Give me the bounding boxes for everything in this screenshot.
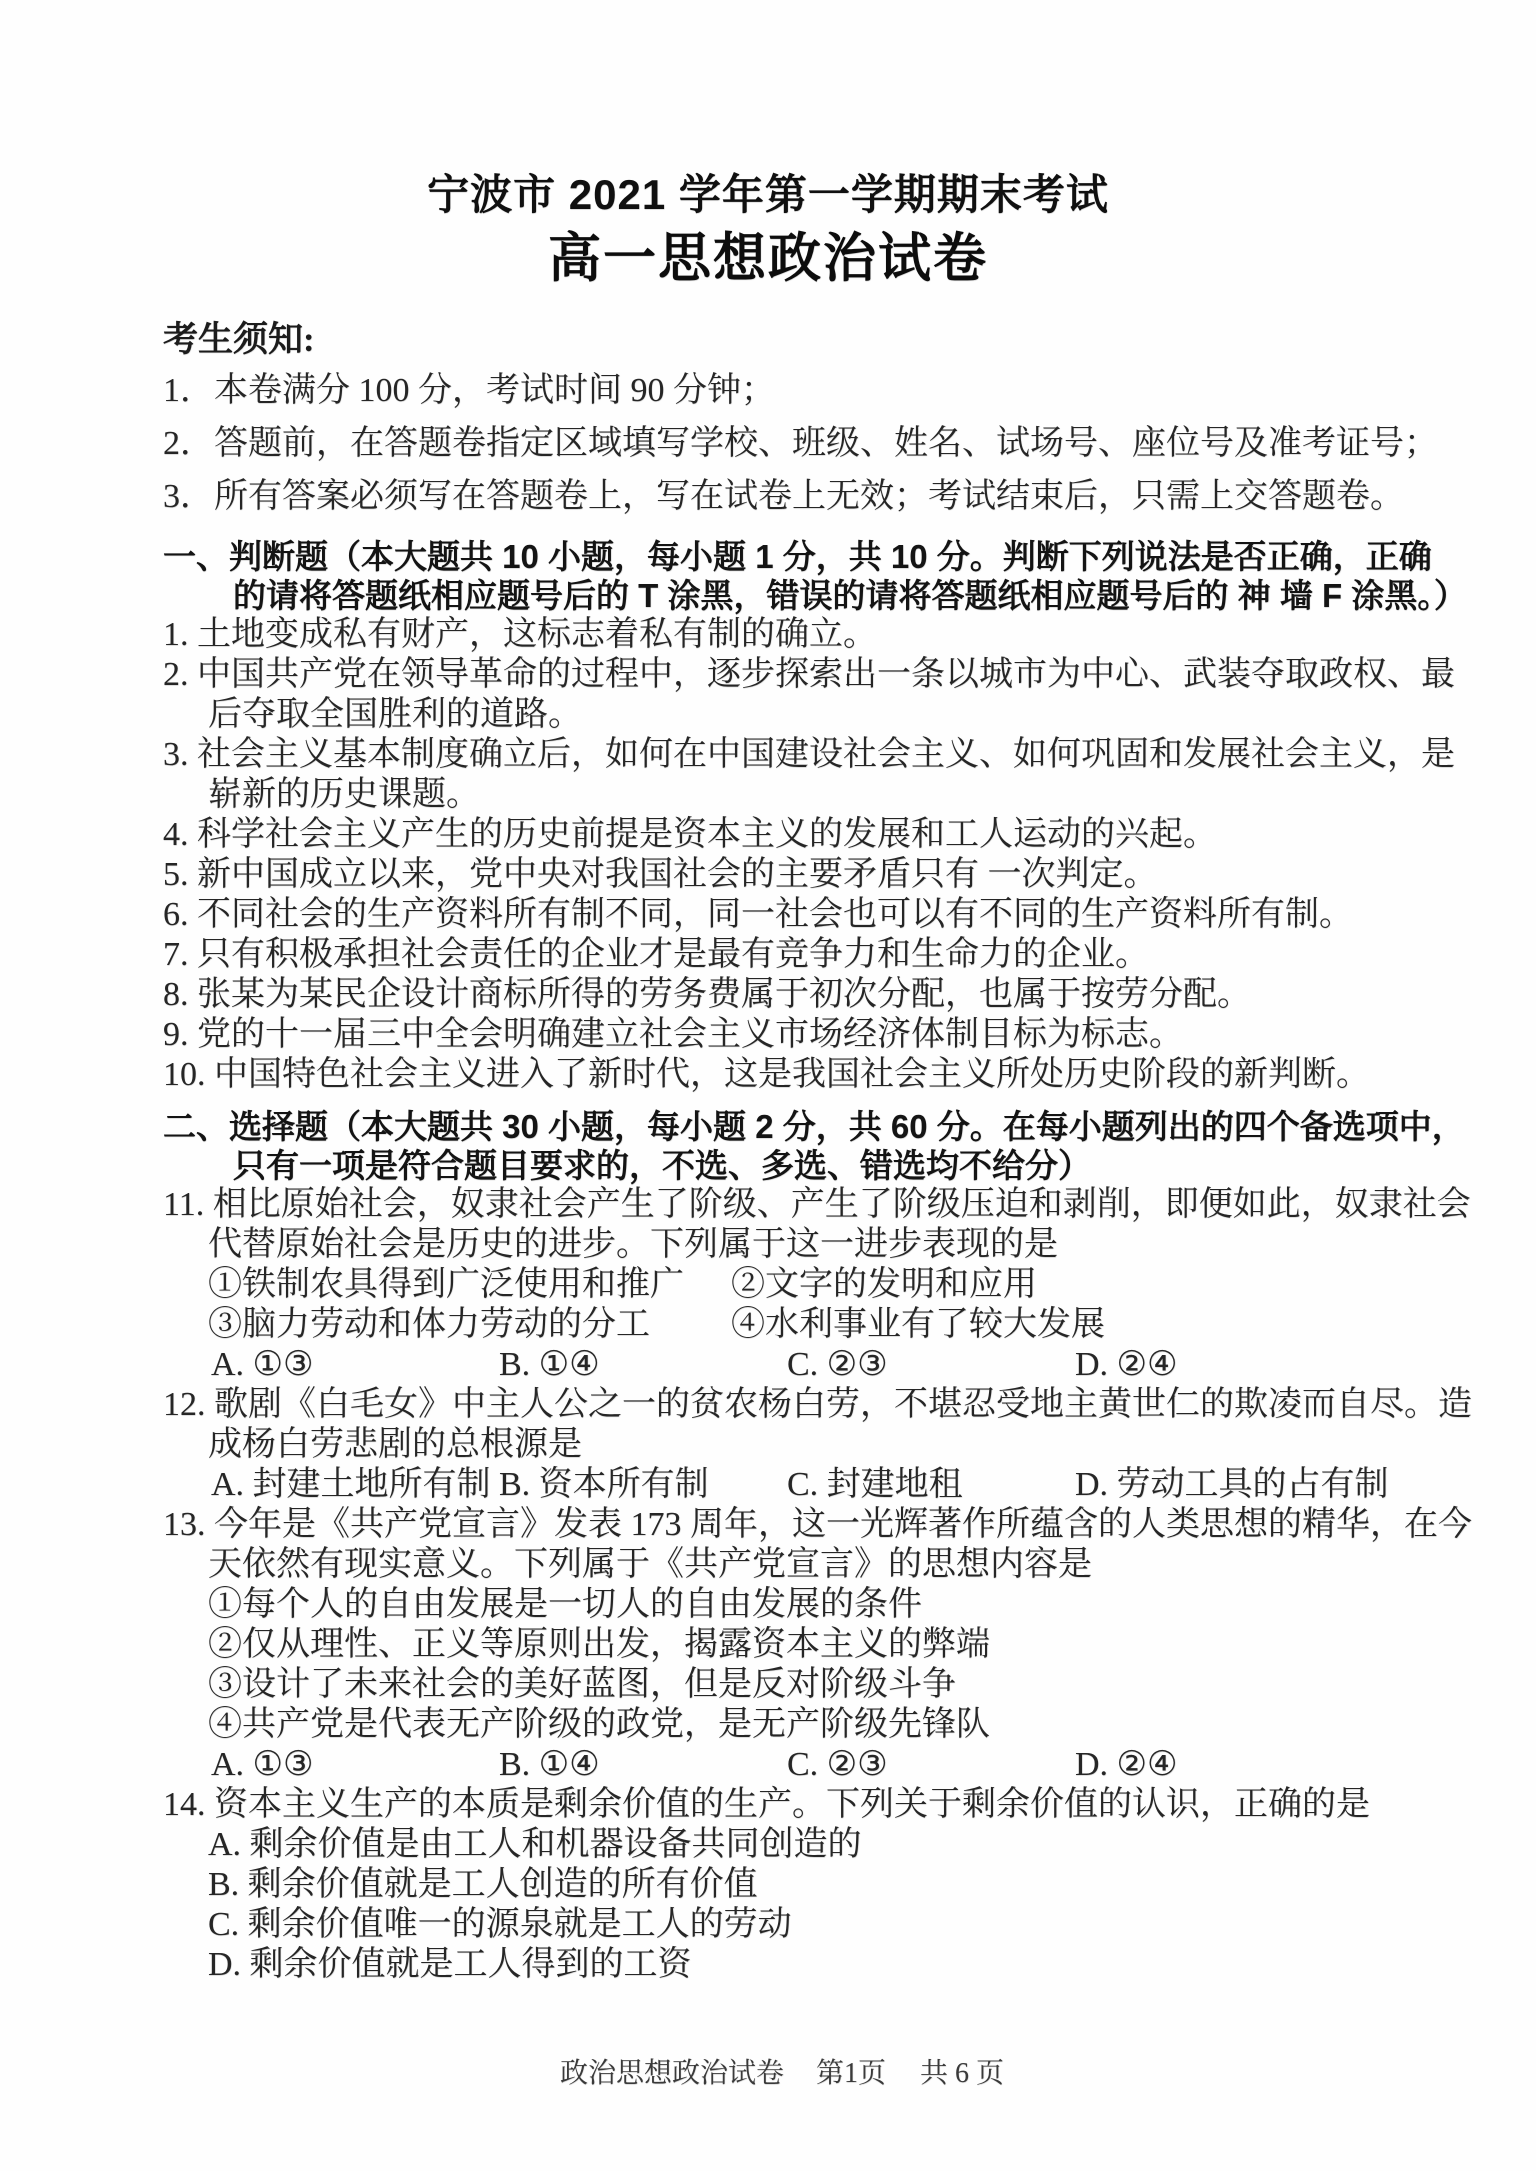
option-b: B. ①④ xyxy=(499,1345,787,1385)
question-10: 10. 中国特色社会主义进入了新时代，这是我国社会主义所处历史阶段的新判断。 xyxy=(163,1055,1456,1095)
section1-heading-line: 的请将答题纸相应题号后的 T 涂黑，错误的请将答题纸相应题号后的 神 墙 F 涂… xyxy=(163,576,1456,615)
exam-title: 宁波市 2021 学年第一学期期末考试 xyxy=(0,0,1536,222)
question-stem-line: 代替原始社会是历史的进步。下列属于这一进步表现的是 xyxy=(163,1225,1456,1265)
options-row: A. ①③ B. ①④ C. ②③ D. ②④ xyxy=(163,1345,1456,1385)
option-d: D. 剩余价值就是工人得到的工资 xyxy=(163,1945,1456,1985)
option-a: A. ①③ xyxy=(211,1345,499,1385)
question-line: 4. 科学社会主义产生的历史前提是资本主义的发展和工人运动的兴起。 xyxy=(163,815,1456,855)
question-12: 12. 歌剧《白毛女》中主人公之一的贫农杨白劳，不堪忍受地主黄世仁的欺凌而自尽。… xyxy=(163,1385,1456,1505)
notice-item: 3．所有答案必须写在答题卷上，写在试卷上无效；考试结束后，只需上交答题卷。 xyxy=(163,470,1456,523)
question-stem-line: 天依然有现实意义。下列属于《共产党宣言》的思想内容是 xyxy=(163,1545,1456,1585)
subitem: ②文字的发明和应用 xyxy=(731,1265,1037,1305)
question-line: 7. 只有积极承担社会责任的企业才是最有竞争力和生命力的企业。 xyxy=(163,935,1456,975)
subitem: ①铁制农具得到广泛使用和推广 xyxy=(208,1265,731,1305)
options-row: A. ①③ B. ①④ C. ②③ D. ②④ xyxy=(163,1745,1456,1785)
option-a: A. 封建土地所有制 xyxy=(211,1465,499,1505)
question-line: 后夺取全国胜利的道路。 xyxy=(163,695,1456,735)
footer-doc-label: 政治思想政治试卷 xyxy=(560,2058,784,2089)
subitem-row: ③脑力劳动和体力劳动的分工 ④水利事业有了较大发展 xyxy=(163,1305,1456,1345)
page-content: 考生须知: 1．本卷满分 100 分，考试时间 90 分钟； 2．答题前，在答题… xyxy=(163,316,1456,1985)
question-8: 8. 张某为某民企设计商标所得的劳务费属于初次分配，也属于按劳分配。 xyxy=(163,975,1456,1015)
option-c: C. 剩余价值唯一的源泉就是工人的劳动 xyxy=(163,1905,1456,1945)
page-footer: 政治思想政治试卷第1页共 6 页 xyxy=(0,2020,1536,2128)
question-11: 11. 相比原始社会，奴隶社会产生了阶级、产生了阶级压迫和剥削，即便如此，奴隶社… xyxy=(163,1185,1456,1385)
question-line: 8. 张某为某民企设计商标所得的劳务费属于初次分配，也属于按劳分配。 xyxy=(163,975,1456,1015)
notice-item: 1．本卷满分 100 分，考试时间 90 分钟； xyxy=(163,364,1456,417)
candidate-notice: 考生须知: 1．本卷满分 100 分，考试时间 90 分钟； 2．答题前，在答题… xyxy=(163,316,1456,523)
subitem: ③脑力劳动和体力劳动的分工 xyxy=(208,1305,731,1345)
option-b: B. ①④ xyxy=(499,1745,787,1785)
option-c: C. 封建地租 xyxy=(787,1465,1075,1505)
notice-heading: 考生须知: xyxy=(163,316,1456,364)
question-line: 5. 新中国成立以来，党中央对我国社会的主要矛盾只有 一次判定。 xyxy=(163,855,1456,895)
question-13: 13. 今年是《共产党宣言》发表 173 周年，这一光辉著作所蕴含的人类思想的精… xyxy=(163,1505,1456,1785)
section1-heading: 一、判断题（本大题共 10 小题，每小题 1 分，共 10 分。判断下列说法是否… xyxy=(163,537,1456,615)
option-d: D. ②④ xyxy=(1075,1345,1178,1385)
option-d: D. 劳动工具的占有制 xyxy=(1075,1465,1389,1505)
option-c: C. ②③ xyxy=(787,1345,1075,1385)
question-line: 3. 社会主义基本制度确立后，如何在中国建设社会主义、如何巩固和发展社会主义，是 xyxy=(163,735,1456,775)
question-line: 6. 不同社会的生产资料所有制不同，同一社会也可以有不同的生产资料所有制。 xyxy=(163,895,1456,935)
subitem: ②仅从理性、正义等原则出发，揭露资本主义的弊端 xyxy=(163,1625,1456,1665)
section1-heading-line: 一、判断题（本大题共 10 小题，每小题 1 分，共 10 分。判断下列说法是否… xyxy=(163,537,1456,576)
question-6: 6. 不同社会的生产资料所有制不同，同一社会也可以有不同的生产资料所有制。 xyxy=(163,895,1456,935)
question-line: 10. 中国特色社会主义进入了新时代，这是我国社会主义所处历史阶段的新判断。 xyxy=(163,1055,1456,1095)
question-line: 9. 党的十一届三中全会明确建立社会主义市场经济体制目标为标志。 xyxy=(163,1015,1456,1055)
subitem: ④水利事业有了较大发展 xyxy=(731,1305,1105,1345)
question-5: 5. 新中国成立以来，党中央对我国社会的主要矛盾只有 一次判定。 xyxy=(163,855,1456,895)
subitem: ①每个人的自由发展是一切人的自由发展的条件 xyxy=(163,1585,1456,1625)
question-stem-line: 成杨白劳悲剧的总根源是 xyxy=(163,1425,1456,1465)
option-a: A. ①③ xyxy=(211,1745,499,1785)
question-stem-line: 11. 相比原始社会，奴隶社会产生了阶级、产生了阶级压迫和剥削，即便如此，奴隶社… xyxy=(163,1185,1456,1225)
question-14: 14. 资本主义生产的本质是剩余价值的生产。下列关于剩余价值的认识，正确的是 A… xyxy=(163,1785,1456,1985)
question-line: 崭新的历史课题。 xyxy=(163,775,1456,815)
option-a: A. 剩余价值是由工人和机器设备共同创造的 xyxy=(163,1825,1456,1865)
question-4: 4. 科学社会主义产生的历史前提是资本主义的发展和工人运动的兴起。 xyxy=(163,815,1456,855)
question-7: 7. 只有积极承担社会责任的企业才是最有竞争力和生命力的企业。 xyxy=(163,935,1456,975)
question-9: 9. 党的十一届三中全会明确建立社会主义市场经济体制目标为标志。 xyxy=(163,1015,1456,1055)
exam-subtitle: 高一思想政治试卷 xyxy=(0,228,1536,290)
choice-questions: 11. 相比原始社会，奴隶社会产生了阶级、产生了阶级压迫和剥削，即便如此，奴隶社… xyxy=(163,1185,1456,1985)
question-line: 1. 土地变成私有财产，这标志着私有制的确立。 xyxy=(163,615,1456,655)
footer-page-number: 第1页 xyxy=(816,2058,886,2089)
option-b: B. 剩余价值就是工人创造的所有价值 xyxy=(163,1865,1456,1905)
section2-heading: 二、选择题（本大题共 30 小题，每小题 2 分，共 60 分。在每小题列出的四… xyxy=(163,1107,1456,1185)
question-3: 3. 社会主义基本制度确立后，如何在中国建设社会主义、如何巩固和发展社会主义，是… xyxy=(163,735,1456,815)
option-b: B. 资本所有制 xyxy=(499,1465,787,1505)
section2-heading-line: 只有一项是符合题目要求的，不选、多选、错选均不给分） xyxy=(163,1146,1456,1185)
question-1: 1. 土地变成私有财产，这标志着私有制的确立。 xyxy=(163,615,1456,655)
notice-item: 2．答题前，在答题卷指定区域填写学校、班级、姓名、试场号、座位号及准考证号； xyxy=(163,417,1456,470)
subitem-row: ①铁制农具得到广泛使用和推广 ②文字的发明和应用 xyxy=(163,1265,1456,1305)
question-stem-line: 12. 歌剧《白毛女》中主人公之一的贫农杨白劳，不堪忍受地主黄世仁的欺凌而自尽。… xyxy=(163,1385,1456,1425)
footer-total-pages: 共 6 页 xyxy=(920,2058,1004,2089)
judgment-questions: 1. 土地变成私有财产，这标志着私有制的确立。 2. 中国共产党在领导革命的过程… xyxy=(163,615,1456,1095)
options-row: A. 封建土地所有制 B. 资本所有制 C. 封建地租 D. 劳动工具的占有制 xyxy=(163,1465,1456,1505)
question-line: 2. 中国共产党在领导革命的过程中，逐步探索出一条以城市为中心、武装夺取政权、最 xyxy=(163,655,1456,695)
subitem: ③设计了未来社会的美好蓝图，但是反对阶级斗争 xyxy=(163,1665,1456,1705)
question-2: 2. 中国共产党在领导革命的过程中，逐步探索出一条以城市为中心、武装夺取政权、最… xyxy=(163,655,1456,735)
question-stem-line: 14. 资本主义生产的本质是剩余价值的生产。下列关于剩余价值的认识，正确的是 xyxy=(163,1785,1456,1825)
exam-paper-page: 宁波市 2021 学年第一学期期末考试 高一思想政治试卷 考生须知: 1．本卷满… xyxy=(0,0,1536,2171)
subitem: ④共产党是代表无产阶级的政党，是无产阶级先锋队 xyxy=(163,1705,1456,1745)
section2-heading-line: 二、选择题（本大题共 30 小题，每小题 2 分，共 60 分。在每小题列出的四… xyxy=(163,1107,1456,1146)
question-stem-line: 13. 今年是《共产党宣言》发表 173 周年，这一光辉著作所蕴含的人类思想的精… xyxy=(163,1505,1456,1545)
option-d: D. ②④ xyxy=(1075,1745,1178,1785)
option-c: C. ②③ xyxy=(787,1745,1075,1785)
